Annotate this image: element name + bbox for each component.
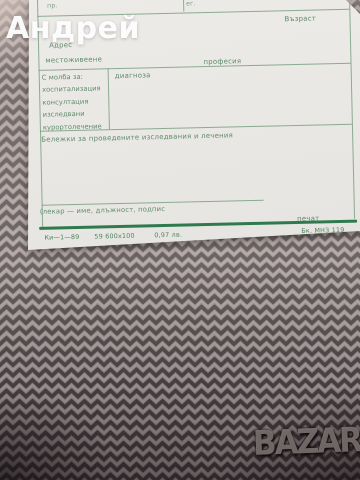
residence-field-label: местоживеене	[45, 55, 102, 64]
footer-form-code: Бк. МНЗ 119	[301, 226, 344, 235]
footer-price: 0,97 лв.	[154, 231, 182, 240]
notes-section-label: Бележки за проведените изследвания и леч…	[41, 131, 233, 143]
signature-caption: (лекар — име, длъжност, подпис	[40, 205, 166, 216]
top-row-divider-line	[183, 0, 184, 12]
top-row-left-field-label: пр.	[47, 2, 58, 9]
age-field-label: Възраст	[284, 15, 316, 24]
top-row-right-field-label: ег.	[186, 0, 196, 7]
form-rule-line	[39, 63, 351, 71]
request-diagnosis-divider-line	[108, 68, 110, 129]
paper-sheet: пр. ег. Възраст Адрес местоживеене профе…	[0, 0, 360, 480]
footer-print-code: Ки—1—89	[44, 233, 79, 242]
diagnosis-field-label: диагноза	[115, 71, 151, 80]
request-options-list: С молба за: хоспитализация консултация и…	[42, 70, 102, 133]
photo-of-medical-form-on-carpet: пр. ег. Възраст Адрес местоживеене профе…	[0, 0, 360, 480]
seller-name-watermark: Андрей	[6, 11, 140, 46]
bazar-logo-watermark: BAZAR	[252, 420, 360, 463]
form-right-border-line	[349, 0, 355, 219]
paper-document: пр. ег. Възраст Адрес местоживеене профе…	[0, 0, 360, 480]
request-item-hospitalization: хоспитализация	[42, 83, 101, 97]
request-item-spa-treatment: курортолечение	[43, 120, 102, 134]
footer-print-run: 59 600х100	[94, 232, 135, 241]
